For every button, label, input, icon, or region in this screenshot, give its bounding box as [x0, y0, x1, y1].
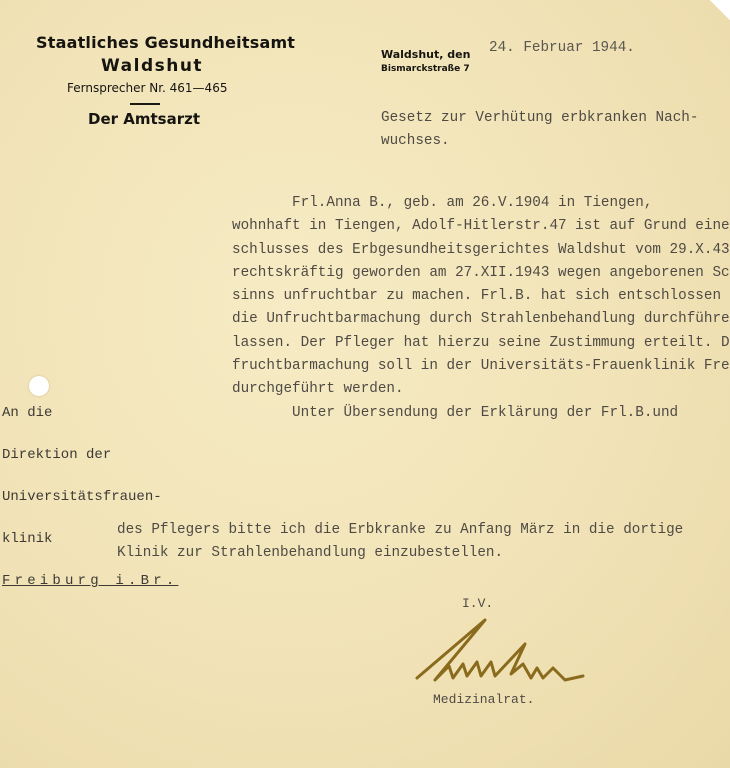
letterhead-divider	[130, 103, 160, 105]
recipient-line-1: Direktion der	[2, 448, 178, 462]
letter-body-paragraph-2: des Pflegers bitte ich die Erbkranke zu …	[117, 519, 683, 566]
closing-iv: I.V.	[462, 592, 493, 615]
letter-date: 24. Februar 1944.	[489, 37, 635, 60]
letterhead-place-label: Waldshut, den	[381, 48, 470, 61]
letterhead-street: Bismarckstraße 7	[381, 64, 470, 74]
paper-corner-fold	[710, 0, 730, 20]
letterhead-organization: Staatliches Gesundheitsamt	[36, 33, 295, 52]
letterhead-town: Waldshut	[101, 56, 203, 76]
closing-title: Medizinalrat.	[433, 688, 534, 711]
recipient-city: Freiburg i.Br.	[2, 574, 178, 588]
letterhead-phone: Fernsprecher Nr. 461—465	[67, 81, 227, 95]
recipient-block: An die Direktion der Universitätsfrauen-…	[2, 378, 178, 616]
punch-hole	[29, 376, 49, 396]
letter-body-paragraph-1: Frl.Anna B., geb. am 26.V.1904 in Tienge…	[232, 192, 730, 425]
letter-page: Staatliches Gesundheitsamt Waldshut Fern…	[0, 0, 730, 768]
signature	[415, 616, 595, 696]
letter-subject: Gesetz zur Verhütung erbkranken Nach- wu…	[381, 107, 698, 154]
letterhead-office: Der Amtsarzt	[88, 110, 200, 128]
recipient-line-2: Universitätsfrauen-	[2, 490, 178, 504]
recipient-salutation: An die	[2, 406, 178, 420]
